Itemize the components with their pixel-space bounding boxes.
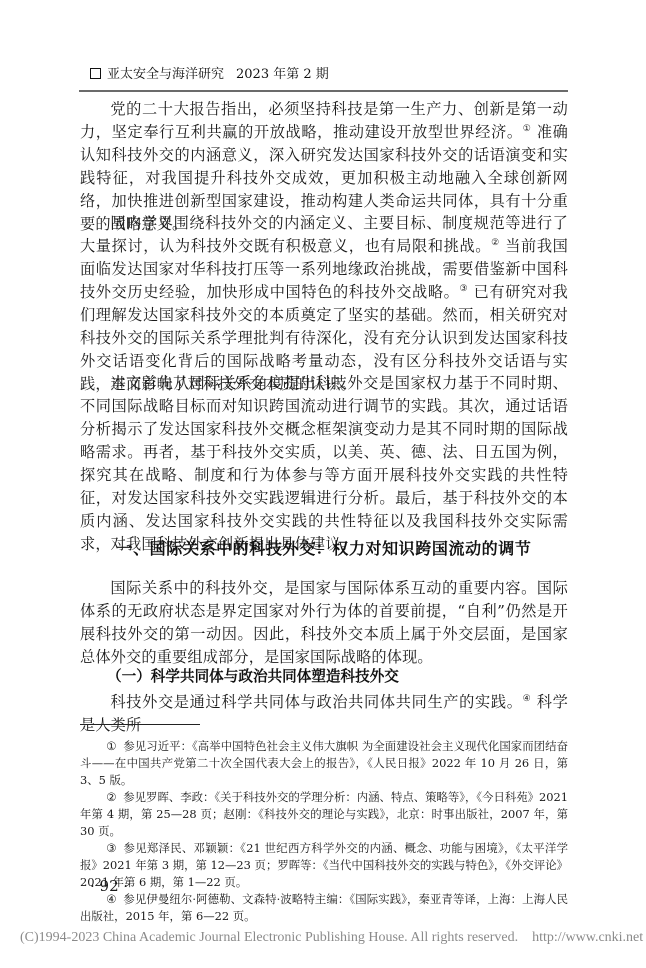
header-rule [79, 90, 568, 92]
journal-title: 亚太安全与海洋研究 [107, 67, 224, 82]
footnote-mark: ① [106, 739, 116, 753]
body-paragraph-5: 科技外交是通过科学共同体与政治共同体共同生产的实践。④ 科学是人类所 [80, 691, 568, 737]
section-heading: 一、国际关系中的科技外交：权力对知识跨国流动的调节 [80, 537, 568, 561]
square-icon [90, 68, 101, 79]
subsection-heading: （一）科学共同体与政治共同体塑造科技外交 [107, 666, 399, 688]
body-paragraph-4: 国际关系中的科技外交，是国家与国际体系互动的重要内容。国际体系的无政府状态是界定… [80, 577, 568, 669]
footnote-ref-4[interactable]: ④ [523, 694, 532, 704]
paragraph-text: 国内学界围绕科技外交的内涵定义、主要目标、制度规范等进行了大量探讨，认为科技外交… [80, 214, 568, 255]
footnote-text: 参见郑泽民、邓颖颖：《21 世纪西方科学外交的内涵、概念、功能与困境》，《太平洋… [80, 841, 568, 889]
footnote-3: ③参见郑泽民、邓颖颖：《21 世纪西方科学外交的内涵、概念、功能与困境》，《太平… [80, 840, 568, 891]
copyright-notice: (C)1994-2023 China Academic Journal Elec… [20, 928, 643, 948]
footnote-2: ②参见罗晖、李政：《关于科技外交的学理分析：内涵、特点、策略等》，《今日科苑》2… [80, 789, 568, 840]
paragraph-text: 国际关系中的科技外交，是国家与国际体系互动的重要内容。国际体系的无政府状态是界定… [80, 577, 568, 669]
paragraph-text: 党的二十大报告指出，必须坚持科技是第一生产力、创新是第一动力，坚定奉行互利共赢的… [80, 100, 568, 141]
footnote-4: ④参见伊曼纽尔·阿德勒、文森特·波略特主编：《国际实践》，秦亚青等译，上海：上海… [80, 891, 568, 925]
footnote-text: 参见罗晖、李政：《关于科技外交的学理分析：内涵、特点、策略等》，《今日科苑》20… [80, 790, 568, 838]
issue-label: 2023 年第 2 期 [236, 67, 329, 82]
footnote-mark: ③ [106, 841, 117, 855]
body-paragraph-2: 国内学界围绕科技外交的内涵定义、主要目标、制度规范等进行了大量探讨，认为科技外交… [80, 212, 568, 396]
footnote-mark: ② [106, 790, 116, 804]
body-paragraph-3: 本文首先从国际关系角度提出科技外交是国家权力基于不同时期、不同国际战略目标而对知… [80, 372, 568, 556]
page-number: · 92 · [90, 876, 128, 896]
footnote-divider [80, 724, 200, 725]
copyright-text: (C)1994-2023 China Academic Journal Elec… [20, 930, 518, 945]
paragraph-text: 科技外交是通过科学共同体与政治共同体共同生产的实践。 [110, 693, 522, 711]
running-header: 亚太安全与海洋研究2023 年第 2 期 [90, 66, 329, 84]
footnote-text: 参见伊曼纽尔·阿德勒、文森特·波略特主编：《国际实践》，秦亚青等译，上海：上海人… [80, 892, 568, 923]
paragraph-text: 本文首先从国际关系角度提出科技外交是国家权力基于不同时期、不同国际战略目标而对知… [80, 372, 568, 556]
footnote-text: 参见习近平：《高举中国特色社会主义伟大旗帜 为全面建设社会主义现代化国家而团结奋… [80, 739, 568, 787]
footnote-ref-3[interactable]: ③ [459, 284, 468, 294]
footnotes: ①参见习近平：《高举中国特色社会主义伟大旗帜 为全面建设社会主义现代化国家而团结… [80, 738, 568, 925]
footnote-ref-2[interactable]: ② [491, 238, 500, 248]
footnote-1: ①参见习近平：《高举中国特色社会主义伟大旗帜 为全面建设社会主义现代化国家而团结… [80, 738, 568, 789]
copyright-url[interactable]: http://www.cnki.net [532, 930, 643, 945]
